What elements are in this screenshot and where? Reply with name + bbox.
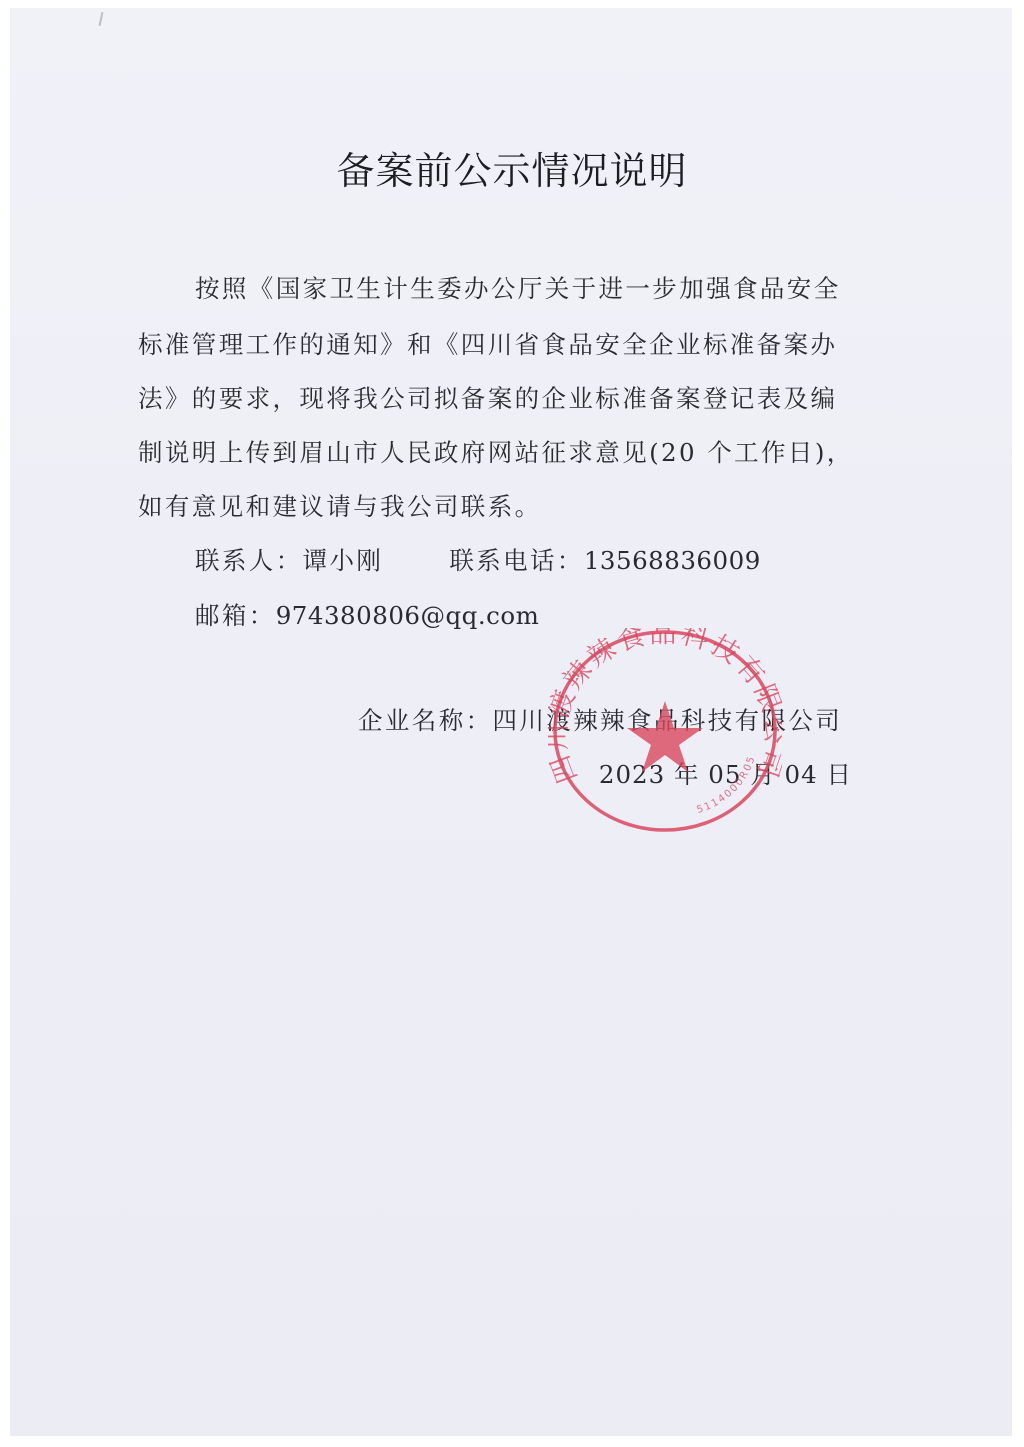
- contact-phone-label: 联系电话：: [449, 546, 584, 575]
- contact-line: 联系人：谭小刚联系电话：13568836009: [195, 542, 761, 577]
- paragraph-line-4: 制说明上传到眉山市人民政府网站征求意见(20 个工作日)，: [138, 434, 854, 469]
- email-line: 邮箱：974380806@qq.com: [195, 597, 539, 632]
- contact-person-label: 联系人：: [195, 546, 303, 575]
- paragraph-line-5: 如有意见和建议请与我公司联系。: [138, 488, 542, 523]
- paragraph-line-1: 按照《国家卫生计生委办公厅关于进一步加强食品安全: [195, 270, 841, 305]
- contact-person-name: 谭小刚: [303, 546, 384, 575]
- paragraph-line-2: 标准管理工作的通知》和《四川省食品安全企业标准备案办: [138, 326, 837, 361]
- company-label: 企业名称：: [358, 706, 493, 735]
- signature-date: 2023 年 05 月 04 日: [599, 756, 852, 791]
- contact-phone: 13568836009: [584, 546, 761, 575]
- company-name: 四川渡辣辣食品科技有限公司: [493, 706, 843, 735]
- company-line: 企业名称：四川渡辣辣食品科技有限公司: [358, 702, 842, 737]
- document-title: 备案前公示情况说明: [0, 140, 1024, 195]
- paragraph-line-3: 法》的要求，现将我公司拟备案的企业标准备案登记表及编: [138, 380, 837, 415]
- email-value: 974380806@qq.com: [276, 601, 540, 630]
- email-label: 邮箱：: [195, 601, 276, 630]
